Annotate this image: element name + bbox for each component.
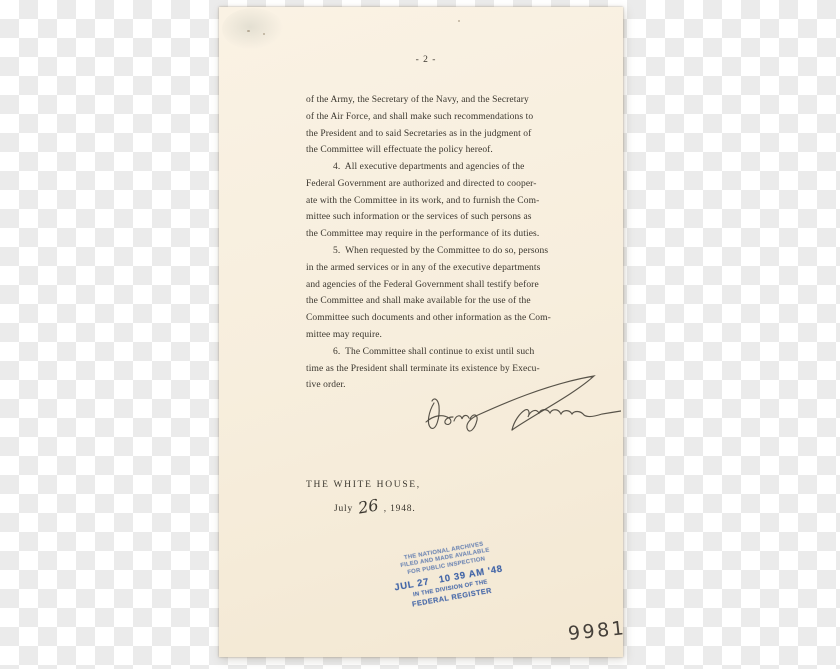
document-line: in the armed services or in any of the e…	[306, 260, 576, 277]
white-house-line: THE WHITE HOUSE,	[306, 480, 421, 490]
document-line: Federal Government are authorized and di…	[306, 176, 576, 193]
document-line: and agencies of the Federal Government s…	[306, 277, 576, 294]
document-line: the Committee may require in the perform…	[306, 226, 576, 243]
truman-signature	[425, 373, 621, 437]
document-line: the Committee and shall make available f…	[306, 293, 576, 310]
document-line: of the Army, the Secretary of the Navy, …	[306, 92, 576, 109]
handwritten-day: 26	[357, 495, 380, 517]
document-line: 6. The Committee shall continue to exist…	[306, 344, 576, 361]
transparency-background: - 2 - of the Army, the Secretary of the …	[0, 0, 840, 669]
date-line: July 26 , 1948.	[306, 496, 421, 515]
document-line: 5. When requested by the Committee to do…	[306, 243, 576, 260]
closing-block: THE WHITE HOUSE, July 26 , 1948.	[306, 480, 421, 515]
document-line: mittee such information or the services …	[306, 209, 576, 226]
document-line: 4. All executive departments and agencie…	[306, 159, 576, 176]
document-page: - 2 - of the Army, the Secretary of the …	[219, 7, 623, 657]
page-number: - 2 -	[306, 55, 546, 65]
document-body: of the Army, the Secretary of the Navy, …	[306, 92, 576, 394]
paper-speck	[458, 20, 460, 22]
paper-speck	[247, 30, 250, 32]
handwritten-order-number: 9981	[567, 617, 627, 645]
document-line: the Committee will effectuate the policy…	[306, 142, 576, 159]
document-line: mittee may require.	[306, 327, 576, 344]
embossed-seal-smudge	[222, 8, 284, 50]
paper-speck	[263, 33, 265, 35]
document-line: ate with the Committee in its work, and …	[306, 193, 576, 210]
date-suffix: , 1948.	[384, 504, 416, 514]
national-archives-stamp: THE NATIONAL ARCHIVESFILED AND MADE AVAI…	[380, 537, 515, 612]
date-prefix: July	[334, 504, 353, 514]
document-line: of the Air Force, and shall make such re…	[306, 109, 576, 126]
document-line: the President and to said Secretaries as…	[306, 126, 576, 143]
document-line: Committee such documents and other infor…	[306, 310, 576, 327]
